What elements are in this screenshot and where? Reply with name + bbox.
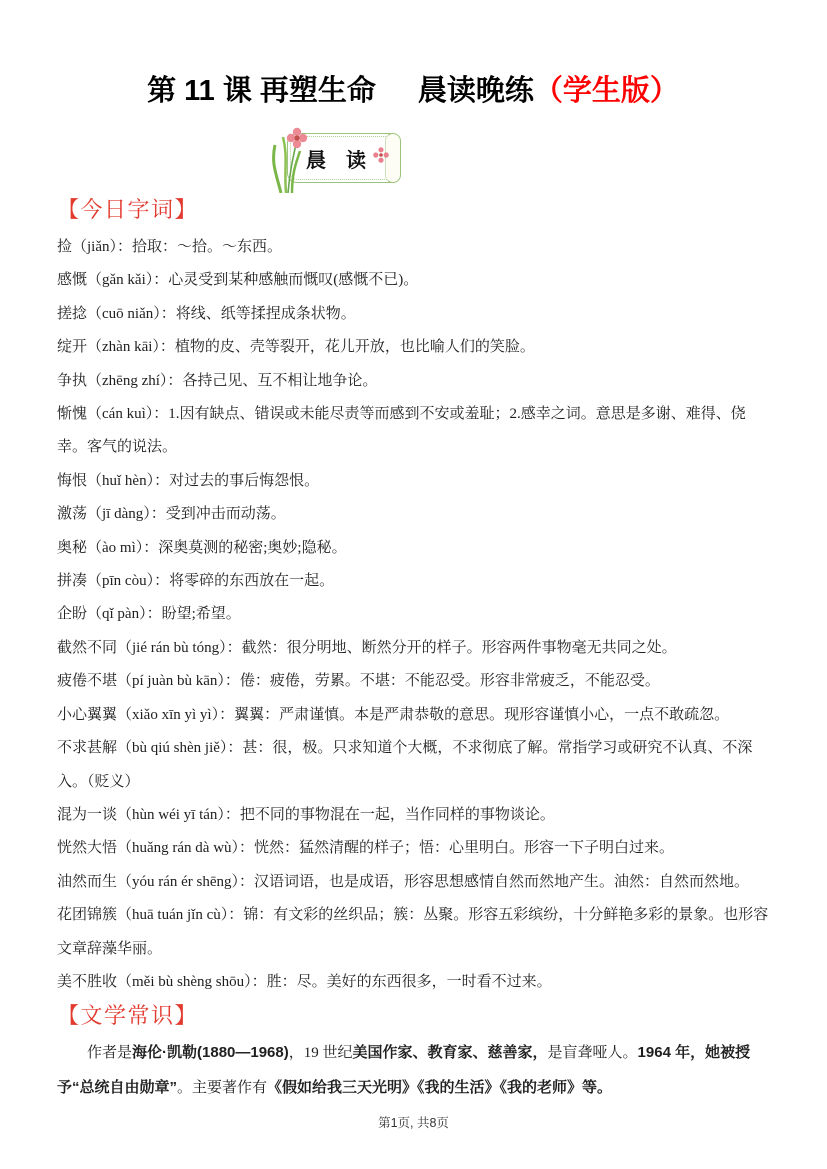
vocab-entry: 混为一谈（hùn wéi yī tán）：把不同的事物混在一起，当作同样的事物谈… <box>57 799 769 832</box>
title-edition-tag: （学生版） <box>534 75 679 107</box>
title-practice-text: 晨读晚练 <box>418 75 534 107</box>
section-heading-vocab: 【今日字词】 <box>57 197 769 223</box>
lit-segment-roles: 美国作家、教育家、慈善家， <box>353 1044 548 1061</box>
lit-segment: ，19 世纪 <box>289 1045 353 1061</box>
section-heading-literature: 【文学常识】 <box>57 1003 769 1029</box>
vocab-entry: 企盼（qǐ pàn）：盼望;希望。 <box>57 598 769 631</box>
vocab-entry: 搓捻（cuō niǎn）：将线、纸等揉捏成条状物。 <box>57 298 769 331</box>
lit-segment-works: 《假如给我三天光明》《我的生活》《我的老师》等。 <box>267 1079 612 1096</box>
flower-icon <box>373 147 389 163</box>
vocab-entry: 截然不同（jié rán bù tóng）：截然：很分明地、断然分开的样子。形容… <box>57 632 769 665</box>
lit-segment: 作者是 <box>87 1045 132 1061</box>
lit-segment-author: 海伦·凯勒(1880—1968) <box>132 1044 289 1061</box>
lit-segment: 是盲聋哑人。 <box>548 1045 638 1061</box>
vocab-entry: 惭愧（cán kuì）：1.因有缺点、错误或未能尽责等而感到不安或羞耻；2.感幸… <box>57 398 769 465</box>
vocab-entry: 油然而生（yóu rán ér shēng）：汉语词语，也是成语，形容思想感情自… <box>57 866 769 899</box>
vocab-entry: 激荡（jī dàng）：受到冲击而动荡。 <box>57 498 769 531</box>
document-page: 第 11 课 再塑生命晨读晚练（学生版） 【今日字词】 捡（jiǎn）：拾取：～… <box>0 0 827 1169</box>
vocab-entry: 小心翼翼（xiǎo xīn yì yì）：翼翼：严肃谨慎。本是严肃恭敬的意思。现… <box>57 699 769 732</box>
title-lesson-text: 第 11 课 再塑生命 <box>147 75 376 107</box>
vocab-entry: 花团锦簇（huā tuán jǐn cù）：锦：有文彩的丝织品；簇：丛聚。形容五… <box>57 899 769 966</box>
vocab-entry: 疲倦不堪（pí juàn bù kān）：倦：疲倦，劳累。不堪：不能忍受。形容非… <box>57 665 769 698</box>
vocab-entry: 美不胜收（měi bù shèng shōu）：胜：尽。美好的东西很多，一时看不… <box>57 966 769 999</box>
vocab-entry: 捡（jiǎn）：拾取：～拾。～东西。 <box>57 231 769 264</box>
page-title: 第 11 课 再塑生命晨读晚练（学生版） <box>57 72 769 110</box>
vocab-entry: 奥秘（ào mì）：深奥莫测的秘密;奥妙;隐秘。 <box>57 532 769 565</box>
page-footer: 第1页, 共8页 <box>0 1113 827 1131</box>
morning-reading-banner: 晨 读 <box>277 127 409 191</box>
vocab-entry: 绽开（zhàn kāi）：植物的皮、壳等裂开，花儿开放，也比喻人们的笑脸。 <box>57 331 769 364</box>
lit-segment: 。主要著作有 <box>177 1080 267 1096</box>
vocab-entry: 感慨（gǎn kǎi）：心灵受到某种感触而慨叹(感慨不已)。 <box>57 264 769 297</box>
banner-spacer <box>57 110 769 197</box>
vocab-entry: 悔恨（huǐ hèn）：对过去的事后悔怨恨。 <box>57 465 769 498</box>
literature-paragraph: 作者是海伦·凯勒(1880—1968)，19 世纪美国作家、教育家、慈善家，是盲… <box>57 1036 769 1105</box>
vocab-entry: 拼凑（pīn còu）：将零碎的东西放在一起。 <box>57 565 769 598</box>
flower-grass-icon <box>269 127 315 193</box>
vocab-list: 捡（jiǎn）：拾取：～拾。～东西。 感慨（gǎn kǎi）：心灵受到某种感触而… <box>57 231 769 999</box>
vocab-entry: 恍然大悟（huǎng rán dà wù）：恍然：猛然清醒的样子；悟：心里明白。… <box>57 832 769 865</box>
vocab-entry: 不求甚解（bù qiú shèn jiě）：甚：很，极。只求知道个大概，不求彻底… <box>57 732 769 799</box>
document-content: 第 11 课 再塑生命晨读晚练（学生版） 【今日字词】 捡（jiǎn）：拾取：～… <box>57 0 769 1105</box>
vocab-entry: 争执（zhēng zhí）：各持己见、互不相让地争论。 <box>57 365 769 398</box>
